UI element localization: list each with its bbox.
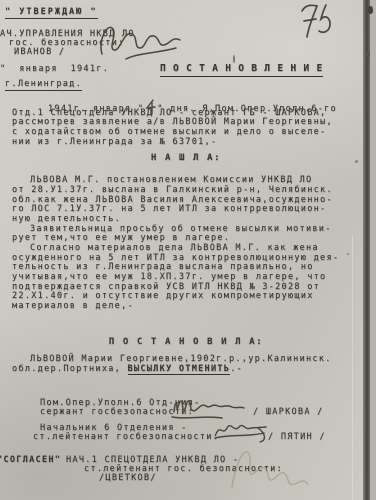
ink-speck: [355, 160, 358, 163]
ink-speck: [368, 6, 373, 14]
resolved-heading: П О С Т А Н О В И Л А:: [12, 338, 360, 348]
ink-speck: [233, 55, 235, 63]
place-line: г.Ленинград.: [5, 79, 82, 91]
resolution-prefix: обл.дер.Портниха,: [12, 364, 128, 374]
agreeing-officer-name: /ЦВЕТКОВ/: [99, 473, 157, 483]
intro-line-5: нии из г.Ленинграда за № 63701,-: [12, 138, 360, 148]
signer2-role-line2: ст.лейтенант госбезопасности:: [33, 432, 219, 442]
approving-officer-name: ИВАНОВ /: [14, 47, 65, 57]
handwritten-page-number: [296, 0, 336, 42]
found-heading: Н А Ш Л А:: [12, 154, 360, 164]
document-title: П О С Т А Н О В Л Е Н И Е: [160, 63, 323, 77]
resolution-suffix: .-: [230, 364, 243, 374]
paper-crease: [352, 235, 353, 500]
approved-stamp-label: " УТВЕРЖДАЮ ": [5, 7, 98, 19]
resolution-line-2: обл.дер.Портниха, ВЫСЫЛКУ ОТМЕНИТЬ.-: [12, 365, 360, 375]
ink-speck: [347, 253, 349, 255]
resolution-verdict: ВЫСЫЛКУ ОТМЕНИТЬ: [128, 364, 231, 375]
document-body: 1941г. января "" дня. Я,Пом.Опер.Уполн.6…: [12, 99, 360, 375]
ivanov-signature: [96, 18, 188, 64]
date-line: " января 1941г.: [0, 64, 109, 74]
scanned-nkvd-resolution-document: " УТВЕРЖДАЮ " АЧ.УПРАВЛЕНИЯ НКВД ЛО гос.…: [0, 0, 376, 500]
found-p3-line-7: материалов в деле,-: [12, 302, 360, 312]
scan-background-margin: [370, 0, 376, 500]
agreed-label: "СОГЛАСЕН": [0, 455, 61, 465]
ink-speck: [366, 52, 370, 57]
scan-page-edge-shadow: [363, 0, 370, 500]
tsvetkov-signature: [222, 435, 314, 497]
